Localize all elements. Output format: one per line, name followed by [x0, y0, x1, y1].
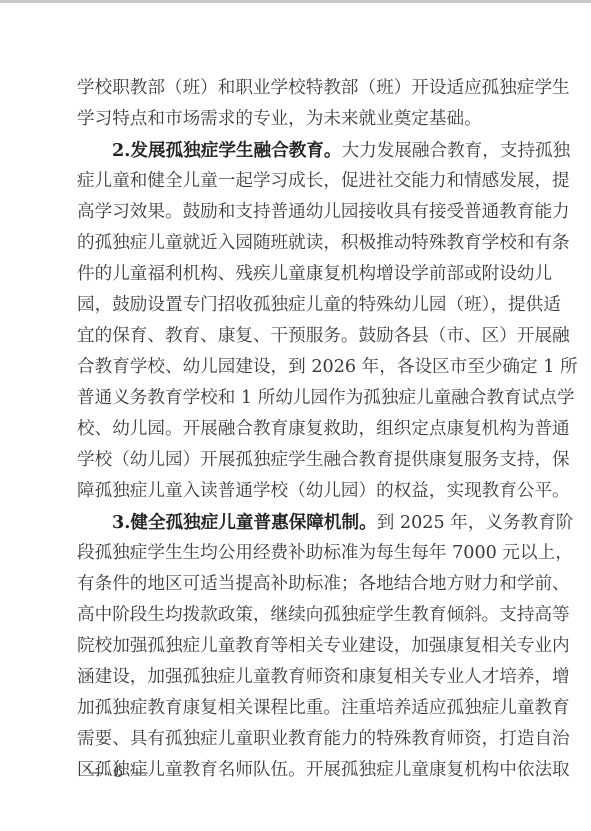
text-line: 段孤独症学生生均公用经费补助标准为每生每年 7000 元以上， [77, 538, 517, 569]
paragraph-vocational-continued: 学校职教部（班）和职业学校特教部（班）开设适应孤独症学生 学习特点和市场需求的专… [77, 73, 517, 135]
document-page: 学校职教部（班）和职业学校特教部（班）开设适应孤独症学生 学习特点和市场需求的专… [77, 73, 517, 786]
top-border [0, 0, 591, 3]
text-line: 2.发展孤独症学生融合教育。大力发展融合教育，支持孤独 [77, 135, 517, 166]
text-line: 普通义务教育学校和 1 所幼儿园作为孤独症儿童融合教育试点学 [77, 383, 517, 414]
section-heading: 2.发展孤独症学生融合教育。 [112, 140, 342, 161]
paragraph-inclusive-guarantee: 3.健全孤独症儿童普惠保障机制。到 2025 年，义务教育阶 段孤独症学生生均公… [77, 507, 517, 786]
text-line: 高中阶段生均拨款政策，继续向孤独症学生教育倾斜。支持高等 [77, 600, 517, 631]
text-line: 障孤独症儿童入读普通学校（幼儿园）的权益，实现教育公平。 [77, 476, 517, 507]
text-line: 有条件的地区可适当提高补助标准；各地结合地方财力和学前、 [77, 569, 517, 600]
text-line: 高学习效果。鼓励和支持普通幼儿园接收具有接受普通教育能力 [77, 197, 517, 228]
paragraph-inclusive-education: 2.发展孤独症学生融合教育。大力发展融合教育，支持孤独 症儿童和健全儿童一起学习… [77, 135, 517, 507]
text-line: 学校职教部（班）和职业学校特教部（班）开设适应孤独症学生 [77, 73, 517, 104]
text-line: 园，鼓励设置专门招收孤独症儿童的特殊幼儿园（班），提供适 [77, 290, 517, 321]
section-heading: 3.健全孤独症儿童普惠保障机制。 [112, 512, 377, 533]
text-line: 需要、具有孤独症儿童职业教育能力的特殊教育师资，打造自治 [77, 724, 517, 755]
text-span: 大力发展融合教育，支持孤独 [342, 141, 571, 161]
text-line: 院校加强孤独症儿童教育等相关专业建设，加强康复相关专业内 [77, 631, 517, 662]
text-line: 校、幼儿园。开展融合教育康复救助，组织定点康复机构为普通 [77, 414, 517, 445]
text-line: 症儿童和健全儿童一起学习成长，促进社交能力和情感发展，提 [77, 166, 517, 197]
text-line: 件的儿童福利机构、残疾儿童康复机构增设学前部或附设幼儿 [77, 259, 517, 290]
text-line: 加孤独症教育康复相关课程比重。注重培养适应孤独症儿童教育 [77, 693, 517, 724]
page-number: — 6 — [88, 762, 150, 781]
text-line: 宜的保育、教育、康复、干预服务。鼓励各县（市、区）开展融 [77, 321, 517, 352]
text-line: 学习特点和市场需求的专业，为未来就业奠定基础。 [77, 104, 517, 135]
text-line: 涵建设，加强孤独症儿童教育师资和康复相关专业人才培养，增 [77, 662, 517, 693]
text-line: 学校（幼儿园）开展孤独症学生融合教育提供康复服务支持，保 [77, 445, 517, 476]
text-span: 到 2025 年，义务教育阶 [377, 513, 574, 533]
text-line: 3.健全孤独症儿童普惠保障机制。到 2025 年，义务教育阶 [77, 507, 517, 538]
text-line: 合教育学校、幼儿园建设，到 2026 年，各设区市至少确定 1 所 [77, 352, 517, 383]
text-line: 的孤独症儿童就近入园随班就读，积极推动特殊教育学校和有条 [77, 228, 517, 259]
